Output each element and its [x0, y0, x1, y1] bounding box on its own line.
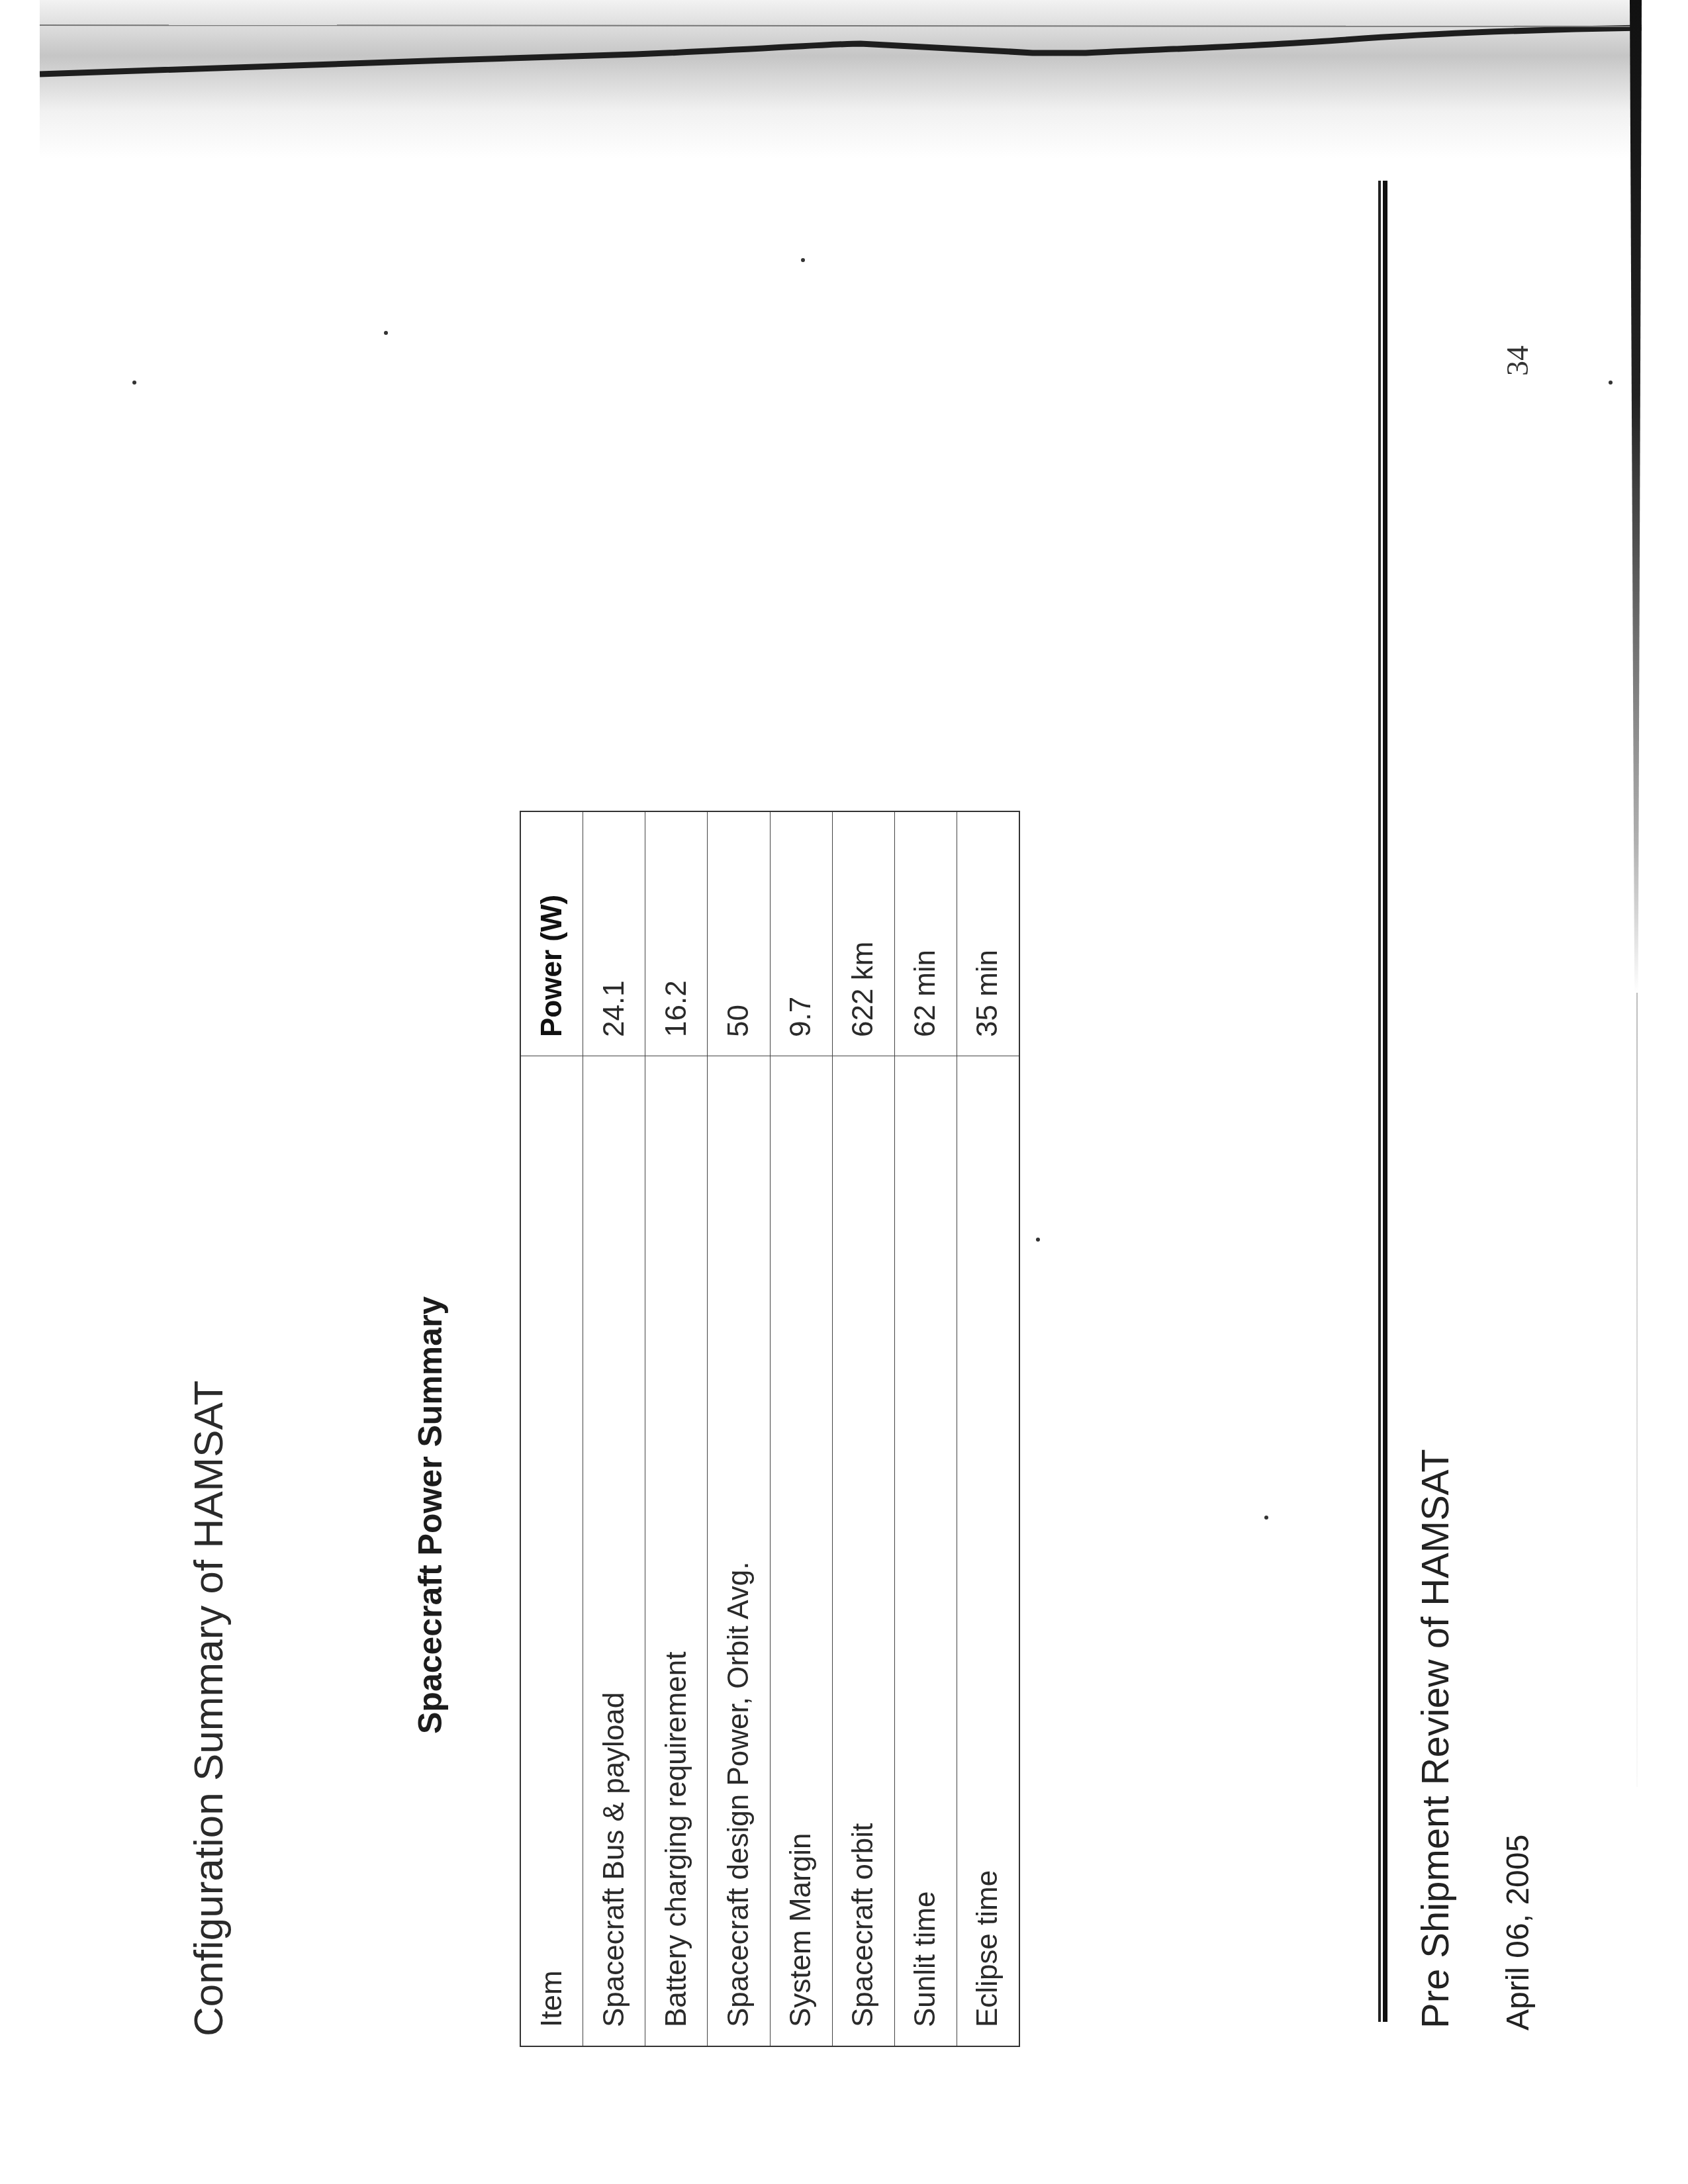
- row-value: 50: [708, 812, 769, 1056]
- row-item: Sunlit time: [895, 1056, 957, 2046]
- table-row: Spacecraft Bus & payload 24.1: [583, 812, 645, 2046]
- power-summary-table: Item Power (W) Spacecraft Bus & payload …: [520, 811, 1020, 2047]
- table-header-row: Item Power (W): [521, 812, 583, 2046]
- table-row: Battery charging requirement 16.2: [645, 812, 708, 2046]
- table-row: Eclipse time 35 min: [957, 812, 1019, 2046]
- row-value: 16.2: [645, 812, 707, 1056]
- row-value: 622 km: [833, 812, 894, 1056]
- page-number: 34: [1501, 345, 1534, 376]
- footer-date: April 06, 2005: [1501, 1835, 1536, 2030]
- footer-divider-thin: [1378, 181, 1381, 2022]
- row-item: Spacecraft design Power, Orbit Avg.: [708, 1056, 769, 2046]
- row-item: Battery charging requirement: [645, 1056, 707, 2046]
- footer-title: Pre Shipment Review of HAMSAT: [1417, 1449, 1455, 2028]
- row-value: 62 min: [895, 812, 957, 1056]
- table-row: System Margin 9.7: [771, 812, 833, 2046]
- row-item: Eclipse time: [957, 1056, 1019, 2046]
- row-value: 9.7: [771, 812, 832, 1056]
- page-title: Configuration Summary of HAMSAT: [189, 1381, 230, 2036]
- footer-divider-thick: [1383, 181, 1387, 2022]
- row-item: Spacecraft orbit: [833, 1056, 894, 2046]
- footer-divider: [1378, 181, 1387, 2022]
- row-item: System Margin: [771, 1056, 832, 2046]
- row-value: 24.1: [583, 812, 645, 1056]
- table-row: Spacecraft design Power, Orbit Avg. 50: [708, 812, 770, 2046]
- table-row: Spacecraft orbit 622 km: [833, 812, 895, 2046]
- row-item: Spacecraft Bus & payload: [583, 1056, 645, 2046]
- section-title: Spacecraft Power Summary: [412, 1297, 449, 1734]
- rotated-page: Configuration Summary of HAMSAT Spacecra…: [0, 0, 1688, 2184]
- table-row: Sunlit time 62 min: [895, 812, 957, 2046]
- row-value: 35 min: [957, 812, 1019, 1056]
- column-header-power: Power (W): [521, 812, 583, 1056]
- column-header-item: Item: [521, 1056, 583, 2046]
